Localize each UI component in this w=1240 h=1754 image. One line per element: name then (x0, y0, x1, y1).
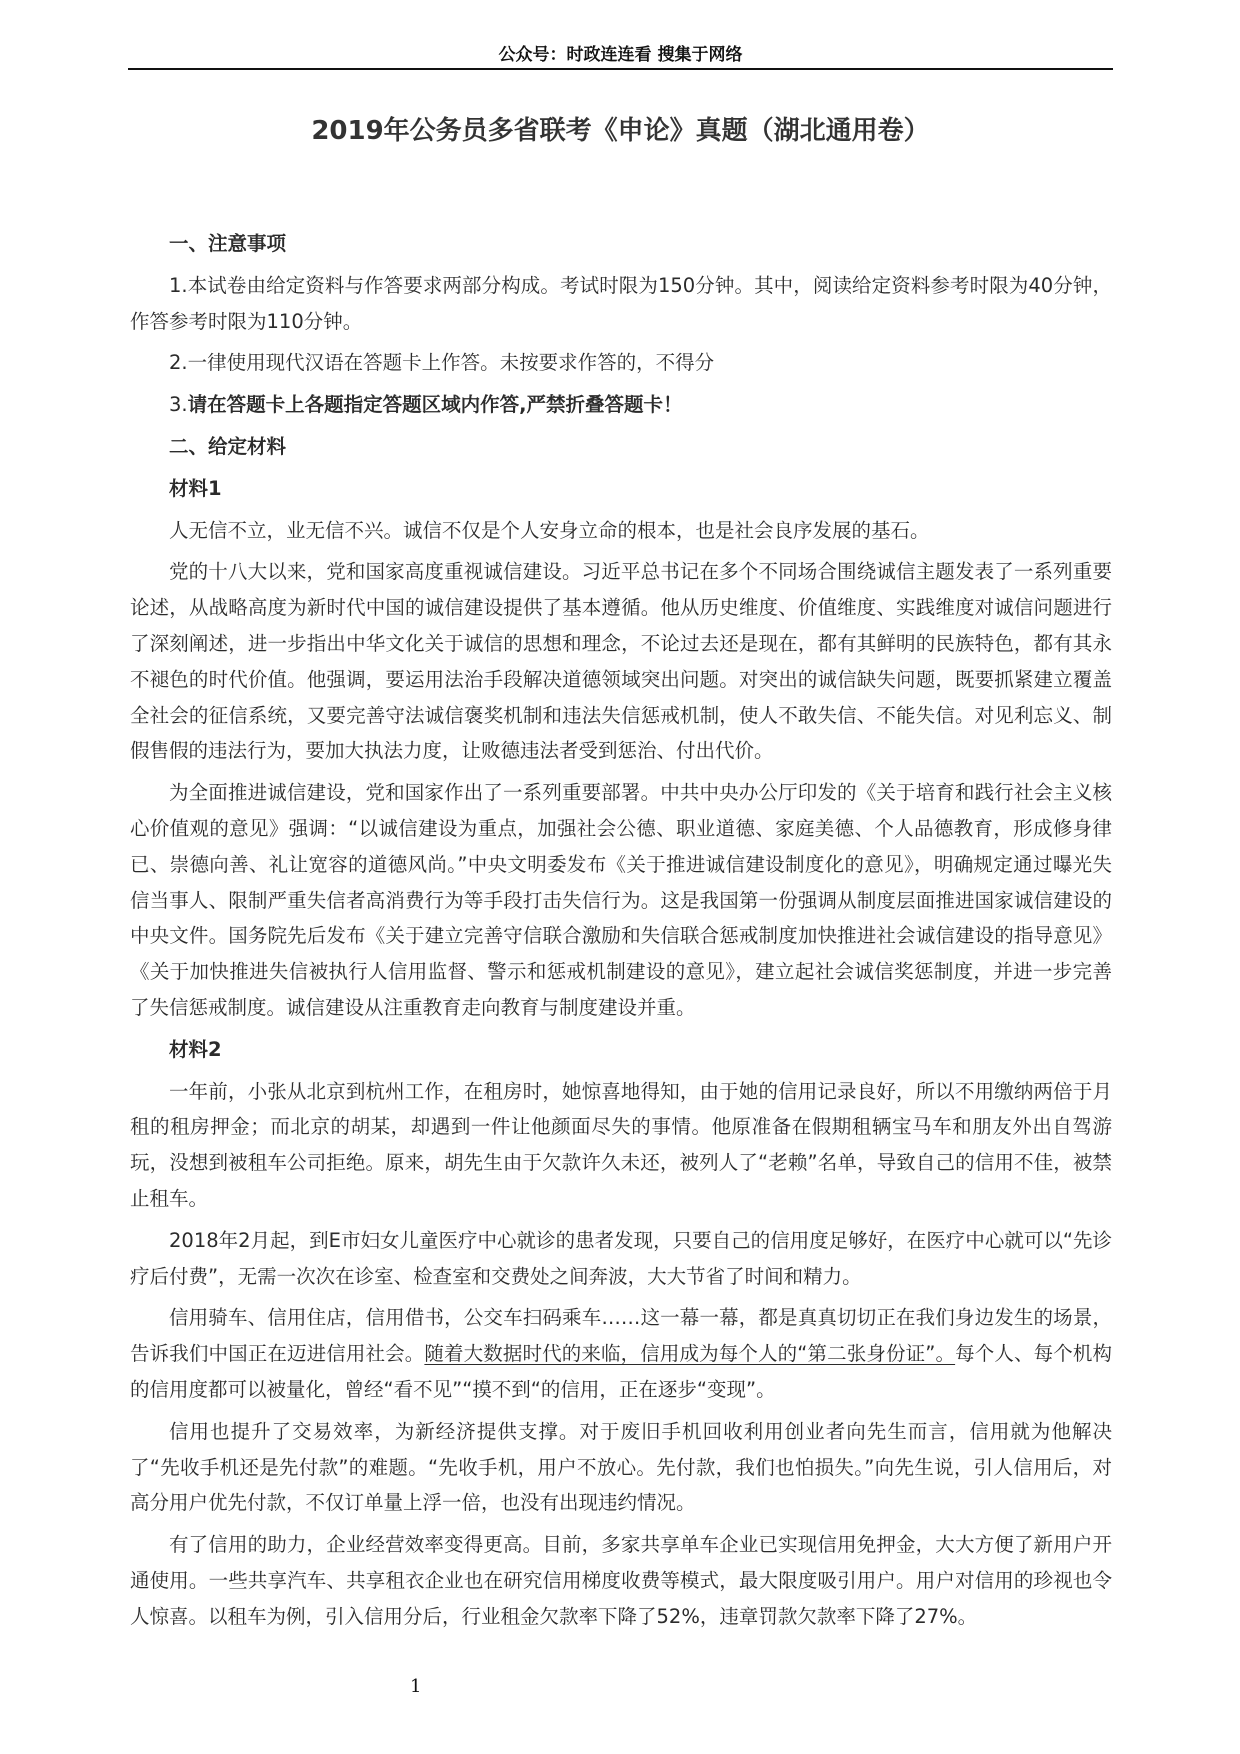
material-1-paragraph: 为全面推进诚信建设，党和国家作出了一系列重要部署。中共中央办公厅印发的《关于培育… (130, 775, 1112, 1026)
material-2-paragraph: 信用也提升了交易效率，为新经济提供支撑。对于废旧手机回收利用创业者向先生而言，信… (130, 1414, 1112, 1521)
material-1-paragraph: 人无信不立，业无信不兴。诚信不仅是个人安身立命的根本，也是社会良序发展的基石。 (130, 513, 1112, 549)
material-2-paragraph: 信用骑车、信用住店，信用借书，公交车扫码乘车……这一幕一幕，都是真真切切正在我们… (130, 1300, 1112, 1407)
material-1-heading: 材料1 (130, 471, 1112, 507)
page-number: 1 (410, 1676, 421, 1697)
underlined-key-sentence: 随着大数据时代的来临，信用成为每个人的“第二张身份证”。 (424, 1342, 955, 1365)
document-title: 2019年公务员多省联考《申论》真题（湖北通用卷） (128, 110, 1113, 147)
material-2-paragraph: 2018年2月起，到E市妇女儿童医疗中心就诊的患者发现，只要自己的信用度足够好，… (130, 1223, 1112, 1295)
material-2-paragraph: 一年前，小张从北京到杭州工作，在租房时，她惊喜地得知，由于她的信用记录良好，所以… (130, 1074, 1112, 1217)
note-item-3-number: 3. (169, 393, 188, 416)
material-2-heading: 材料2 (130, 1032, 1112, 1068)
note-item-2: 2.一律使用现代汉语在答题卡上作答。未按要求作答的，不得分 (130, 345, 1112, 381)
material-2-paragraph: 有了信用的助力，企业经营效率变得更高。目前，多家共享单车企业已实现信用免押金，大… (130, 1527, 1112, 1634)
section-heading-notes: 一、注意事项 (130, 226, 1112, 262)
note-item-3-text: 请在答题卡上各题指定答题区域内作答,严禁折叠答题卡！ (188, 393, 683, 416)
header-divider (128, 68, 1113, 70)
header-source-line: 公众号：时政连连看 搜集于网络 (128, 40, 1113, 65)
material-1-paragraph: 党的十八大以来，党和国家高度重视诚信建设。习近平总书记在多个不同场合围绕诚信主题… (130, 554, 1112, 769)
note-item-1: 1.本试卷由给定资料与作答要求两部分构成。考试时限为150分钟。其中，阅读给定资… (130, 268, 1112, 340)
document-body: 一、注意事项 1.本试卷由给定资料与作答要求两部分构成。考试时限为150分钟。其… (130, 226, 1112, 1640)
note-item-3: 3.请在答题卡上各题指定答题区域内作答,严禁折叠答题卡！ (130, 387, 1112, 423)
section-heading-materials: 二、给定材料 (130, 429, 1112, 465)
